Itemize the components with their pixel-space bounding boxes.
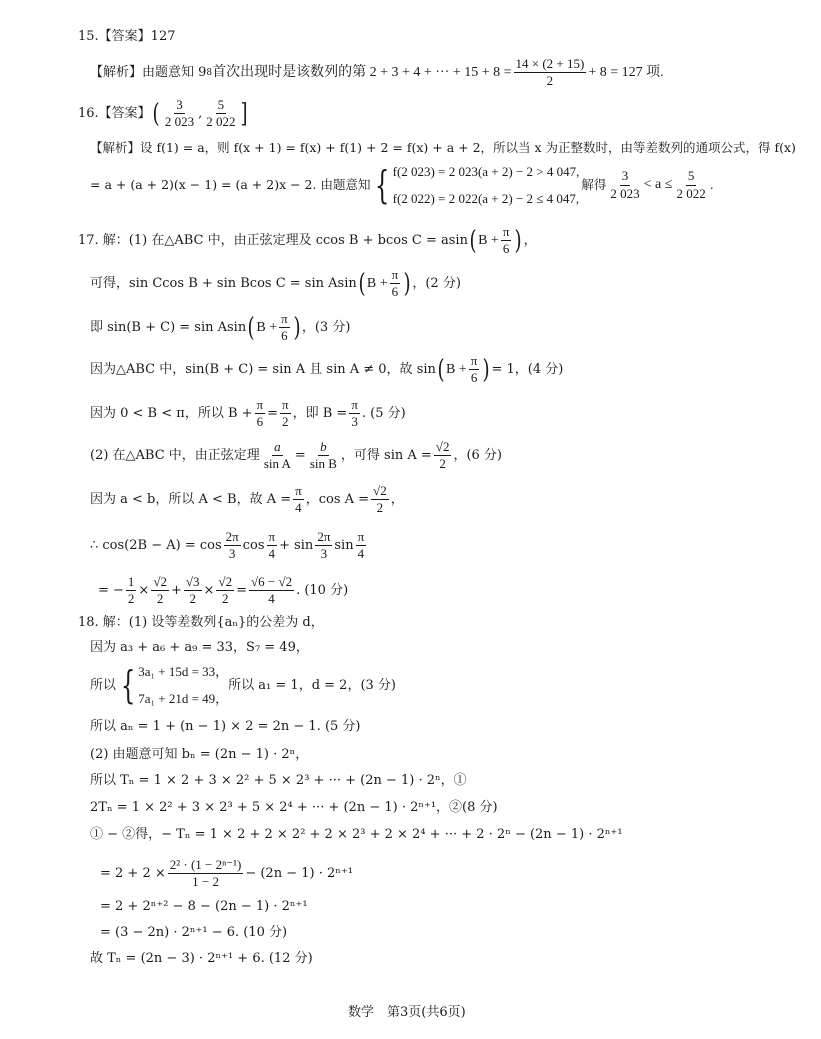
q16-answer-label: 16.【答案】 [78,107,151,120]
q16-frac2: 52 022 [204,98,237,130]
frac-denominator: 1 − 2 [190,874,221,889]
text: 所以 aₙ = 1 + (n − 1) × 2 = 2n − 1. (5 分) [90,720,361,733]
frac-numerator: π [279,312,290,328]
pi-over-6: π6 [501,225,512,257]
text: (2) 由题意可知 bₙ = (2n − 1) · 2ⁿ， [90,748,308,761]
frac-denominator: 2 023 [608,186,641,201]
frac-denominator: 6 [390,284,401,299]
frac-numerator: 2² · (1 − 2ⁿ⁻¹) [168,858,244,874]
frac-numerator: √2 [216,575,234,591]
left-paren: ( [469,228,476,254]
q15-answer-text: 15.【答案】127 [78,30,176,43]
page-footer: 数学 第3页(共6页) [348,1006,466,1019]
text: = (3 − 2n) · 2ⁿ⁺¹ − 6. (10 分) [100,926,287,939]
text: = [267,407,278,420]
paren-inner: B + [367,277,388,291]
text: ，即 B = [293,407,348,420]
q16-solve-frac1: 32 023 [608,169,641,201]
score-note: . (10 分) [296,584,348,597]
text: ，可得 sin A = [341,449,432,462]
sqrt3-over-2: √32 [184,575,202,607]
frac-numerator: √3 [184,575,202,591]
score-note: = 1，(4 分) [492,363,564,376]
radicand: 3 [193,574,200,589]
q16-frac1: 32 023 [163,98,196,130]
frac-numerator: π [390,268,401,284]
q17-line1-text: 17. 解：(1) 在△ABC 中，由正弦定理及 ccos B + bcos C… [78,234,468,247]
text: (2) 在△ABC 中，由正弦定理 [90,449,260,462]
frac-denominator: 6 [501,241,512,256]
text: cos [243,539,265,552]
q16-solve-prefix: 解得 [581,179,606,192]
q16-system: f(2 023) = 2 023(a + 2) − 2 > 4 047, f(2… [393,165,580,205]
radicand: 2 [443,440,450,454]
q16-solve-frac2: 52 022 [674,169,707,201]
pi-over-3: π3 [349,398,360,430]
frac-denominator: 4 [266,591,277,606]
left-paren: ( [152,101,159,127]
system-row: 7a₁ + 21d = 49， [138,692,228,705]
pi-over-2: π2 [280,398,291,430]
paren-inner: B + [446,363,467,377]
punct: ， [524,234,537,247]
frac-denominator: 2 [220,591,231,606]
text: ① − ②得，− Tₙ = 1 × 2 + 2 × 2² + 2 × 2³ + … [90,828,623,841]
sqrt2-over-2: √22 [434,440,452,472]
frac-numerator: √6 − √2 [249,575,294,591]
2pi-over-3: 2π3 [315,530,332,562]
frac-numerator: 2π [315,530,332,546]
system-row: 3a₁ + 15d = 33， [138,665,228,678]
2pi-over-3: 2π3 [224,530,241,562]
pi-over-4: π4 [293,484,304,516]
frac-denominator: 3 [349,414,360,429]
frac-numerator: π [255,398,266,414]
radicand: 2 [380,483,387,498]
text: = − [98,584,124,597]
frac-numerator: 3 [174,98,185,114]
text: × [204,584,215,597]
radicand: 2 [160,574,167,589]
frac-denominator: 2 [545,73,556,88]
text: = 2 + 2 × [100,867,166,880]
score-note: ，(3 分) [302,321,351,334]
pi-over-6: π6 [469,354,480,386]
q18-line12: 故 Tₙ = (2n − 3) · 2ⁿ⁺¹ + 6. (12 分) [90,952,313,965]
text: 故 Tₙ = (2n − 3) · 2ⁿ⁺¹ + 6. (12 分) [90,952,313,965]
text: 所以 a₁ = 1，d = 2，(3 分) [228,679,396,692]
pi-over-6: π6 [390,268,401,300]
text: ，cos A = [306,493,369,506]
pi-over-6: π6 [255,398,266,430]
q18-line3: 所以 { 3a₁ + 15d = 33， 7a₁ + 21d = 49， 所以 … [90,665,396,705]
left-paren: ( [358,271,365,297]
q16-solve-mid: < a ≤ [644,178,673,192]
frac-numerator: b [318,440,329,456]
q18-line11: = (3 − 2n) · 2ⁿ⁺¹ − 6. (10 分) [100,926,287,939]
frac-denominator: 3 [319,546,330,561]
q16-analysis-line1: 【解析】设 f(1) = a，则 f(x + 1) = f(x) + f(1) … [90,142,796,155]
left-paren: ( [437,357,444,383]
text: = 2 + 2ⁿ⁺² − 8 − (2n − 1) · 2ⁿ⁺¹ [100,900,308,913]
left-brace: { [121,666,136,704]
q18-line6: 所以 Tₙ = 1 × 2 + 3 × 2² + 5 × 2³ + ··· + … [90,774,467,787]
left-brace: { [375,166,390,204]
system-row: f(2 022) = 2 022(a + 2) − 2 ≤ 4 047, [393,192,580,205]
pi-over-4: π4 [267,530,278,562]
q17-line2-text: 可得，sin Ccos B + sin Bcos C = sin Asin [90,277,357,290]
frac-numerator: 5 [686,169,697,185]
q18-line4: 所以 aₙ = 1 + (n − 1) × 2 = 2n − 1. (5 分) [90,720,361,733]
frac-denominator: 2 [437,456,448,471]
q17-line1: 17. 解：(1) 在△ABC 中，由正弦定理及 ccos B + bcos C… [78,225,537,257]
frac-denominator: 6 [279,328,290,343]
text: + sin [279,539,313,552]
text: 因为 0 < B < π，所以 B + [90,407,253,420]
left-paren: ( [248,315,255,341]
q18-line2: 因为 a₃ + a₆ + a₉ = 33，S₇ = 49， [90,641,309,654]
text: 所以 Tₙ = 1 × 2 + 3 × 2² + 5 × 2³ + ··· + … [90,774,467,787]
frac-numerator: 3 [620,169,631,185]
frac-denominator: 2 [155,591,166,606]
text: 18. 解：(1) 设等差数列{aₙ}的公差为 d， [78,616,324,629]
a-over-sinA: asin A [262,440,293,472]
text: − √ [265,574,286,589]
right-paren: ) [404,271,411,297]
text: 因为 a₃ + a₆ + a₉ = 33，S₇ = 49， [90,641,309,654]
q18-line1: 18. 解：(1) 设等差数列{aₙ}的公差为 d， [78,616,324,629]
q18-line8: ① − ②得，− Tₙ = 1 × 2 + 2 × 2² + 2 × 2³ + … [90,828,623,841]
frac-denominator: 4 [356,546,367,561]
radicand: 2 [286,574,293,589]
paren-inner: B + [256,321,277,335]
frac-numerator: 2π [224,530,241,546]
q15-answer: 15.【答案】127 [78,30,176,43]
frac-denominator: 2 022 [204,114,237,129]
q17-line7: 因为 a < b，所以 A < B，故 A = π4 ，cos A = √22 … [90,484,404,516]
frac-denominator: 2 [187,591,198,606]
sqrt2-over-2: √22 [216,575,234,607]
frac-numerator: 5 [216,98,227,114]
q17-line9: = − 12 × √22 + √32 × √22 = √6 − √24 . (1… [98,575,348,607]
sqrt2-over-2: √22 [151,575,169,607]
right-paren: ) [293,315,300,341]
frac-denominator: 2 022 [674,186,707,201]
q17-line3-text: 即 sin(B + C) = sin Asin [90,321,246,334]
q16-analysis-line2: = a + (a + 2)(x − 1) = (a + 2)x − 2. 由题意… [90,165,714,205]
frac-denominator: 2 023 [163,114,196,129]
q16-answer: 16.【答案】 ( 32 023, 52 022 ] [78,98,250,130]
q17-line4: 因为△ABC 中，sin(B + C) = sin A 且 sin A ≠ 0，… [90,354,563,386]
q18-line9: = 2 + 2 × 2² · (1 − 2ⁿ⁻¹)1 − 2 − (2n − 1… [100,858,353,890]
text: × [138,584,149,597]
radicand: 2 [226,574,233,589]
q16-analysis-line2-text: = a + (a + 2)(x − 1) = (a + 2)x − 2. 由题意… [90,179,370,192]
frac-denominator: 4 [293,500,304,515]
q15-analysis-prefix: 【解析】由题意知 9 [90,66,206,79]
paren-inner: B + [478,234,499,248]
text: 所以 [90,679,116,692]
frac-numerator: π [349,398,360,414]
page-number: 数学 第3页(共6页) [348,1006,466,1019]
frac-denominator: 3 [227,546,238,561]
score-note: ，(6 分) [453,449,502,462]
frac-numerator: 1 [126,575,137,591]
frac-denominator: 6 [255,414,266,429]
score-note: . (5 分) [362,407,406,420]
q17-line4-text: 因为△ABC 中，sin(B + C) = sin A 且 sin A ≠ 0，… [90,363,436,376]
q15-analysis: 【解析】由题意知 98 首次出现时是该数列的第 2 + 3 + 4 + ··· … [90,57,664,89]
frac-numerator: π [356,530,367,546]
q16-analysis-line1-text: 【解析】设 f(1) = a，则 f(x + 1) = f(x) + f(1) … [90,142,796,155]
system-row: f(2 023) = 2 023(a + 2) − 2 > 4 047, [393,165,580,178]
q16-solve-suffix: . [710,179,714,192]
q15-fraction: 14 × (2 + 15)2 [514,57,587,89]
q15-analysis-suffix: + 8 = 127 项. [588,66,663,80]
text: 因为 a < b，所以 A < B，故 A = [90,493,291,506]
q17-line8: ∴ cos(2B − A) = cos 2π3 cos π4 + sin 2π3… [90,530,368,562]
frac-numerator: √2 [151,575,169,591]
frac-denominator: 2 [280,414,291,429]
q17-line2: 可得，sin Ccos B + sin Bcos C = sin Asin ( … [90,268,461,300]
q18-system: 3a₁ + 15d = 33， 7a₁ + 21d = 49， [138,665,228,705]
frac-numerator: √2 [371,484,389,500]
q15-analysis-mid: 首次出现时是该数列的第 2 + 3 + 4 + ··· + 15 + 8 = [212,66,511,80]
pi-over-6: π6 [279,312,290,344]
frac-denominator: 6 [469,370,480,385]
text: ∴ cos(2B − A) = cos [90,539,222,552]
text: = [236,584,247,597]
frac-numerator: √2 [434,440,452,456]
text: − (2n − 1) · 2ⁿ⁺¹ [245,867,353,880]
frac-numerator: 14 × (2 + 15) [514,57,587,73]
q17-line5: 因为 0 < B < π，所以 B + π6 = π2 ，即 B = π3 . … [90,398,406,430]
right-bracket: ] [241,101,248,127]
text: = [295,449,306,462]
sqrt2-over-2: √22 [371,484,389,516]
punct: ， [391,493,404,506]
text: + [171,584,182,597]
frac-denominator: sin B [308,456,339,471]
b-over-sinB: bsin B [308,440,339,472]
q18-line10: = 2 + 2ⁿ⁺² − 8 − (2n − 1) · 2ⁿ⁺¹ [100,900,308,913]
q17-line6: (2) 在△ABC 中，由正弦定理 asin A = bsin B ，可得 si… [90,440,502,472]
geometric-sum-fraction: 2² · (1 − 2ⁿ⁻¹)1 − 2 [168,858,244,890]
result-fraction: √6 − √24 [249,575,294,607]
frac-denominator: sin A [262,456,293,471]
frac-numerator: π [469,354,480,370]
frac-numerator: π [293,484,304,500]
frac-denominator: 2 [126,591,137,606]
frac-numerator: π [267,530,278,546]
right-paren: ) [515,228,522,254]
one-half: 12 [126,575,137,607]
q18-line5: (2) 由题意可知 bₙ = (2n − 1) · 2ⁿ， [90,748,308,761]
score-note: ，(2 分) [412,277,461,290]
frac-denominator: 2 [375,500,386,515]
right-paren: ) [483,357,490,383]
text: sin [334,539,353,552]
frac-numerator: a [272,440,283,456]
frac-numerator: π [280,398,291,414]
text: 2Tₙ = 1 × 2² + 3 × 2³ + 5 × 2⁴ + ··· + (… [90,801,498,814]
pi-over-4: π4 [356,530,367,562]
q17-line3: 即 sin(B + C) = sin Asin ( B + π6 ) ，(3 分… [90,312,350,344]
frac-numerator: π [501,225,512,241]
q18-line7: 2Tₙ = 1 × 2² + 3 × 2³ + 5 × 2⁴ + ··· + (… [90,801,498,814]
frac-denominator: 4 [267,546,278,561]
